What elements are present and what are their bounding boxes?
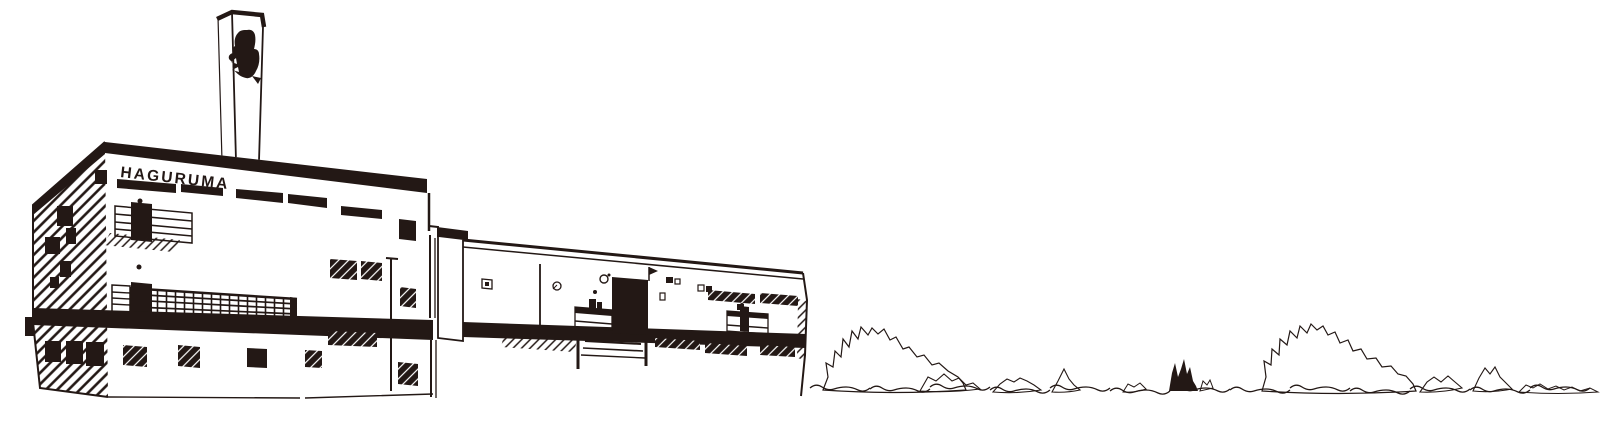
bush-cluster: [823, 327, 966, 393]
illustration-page: HAGURUMA: [0, 0, 1600, 422]
balcony-end-post: [290, 297, 297, 317]
wing-window-grid-right: [727, 304, 768, 334]
shrubbery: [810, 324, 1598, 394]
ground-line: [810, 384, 1590, 394]
factory-illustration: HAGURUMA: [0, 0, 1600, 422]
wing-window-grid-left: [575, 299, 612, 330]
bush-mound: [1200, 380, 1213, 391]
door-flag-tip: [649, 267, 658, 275]
main-building: HAGURUMA: [25, 142, 447, 398]
wall-ledge: [25, 317, 34, 336]
connector-face: [438, 236, 463, 341]
chimney-tower: [217, 12, 264, 161]
facade-dot: [138, 199, 143, 204]
wing-window-strips: [708, 290, 798, 306]
bush-scrub: [1519, 384, 1598, 394]
bush-mound: [1123, 383, 1146, 392]
wing-entrance-door: [612, 277, 648, 335]
under-slab-patch: [328, 331, 377, 347]
bush-cluster: [1262, 324, 1416, 394]
wing-roofline: [463, 240, 803, 279]
dark-tree-tufts: [1169, 359, 1198, 391]
left-wall: [25, 142, 108, 397]
factory-wing: [463, 240, 807, 396]
facade-dot: [137, 265, 142, 270]
balcony-dark-panel: [131, 282, 152, 314]
